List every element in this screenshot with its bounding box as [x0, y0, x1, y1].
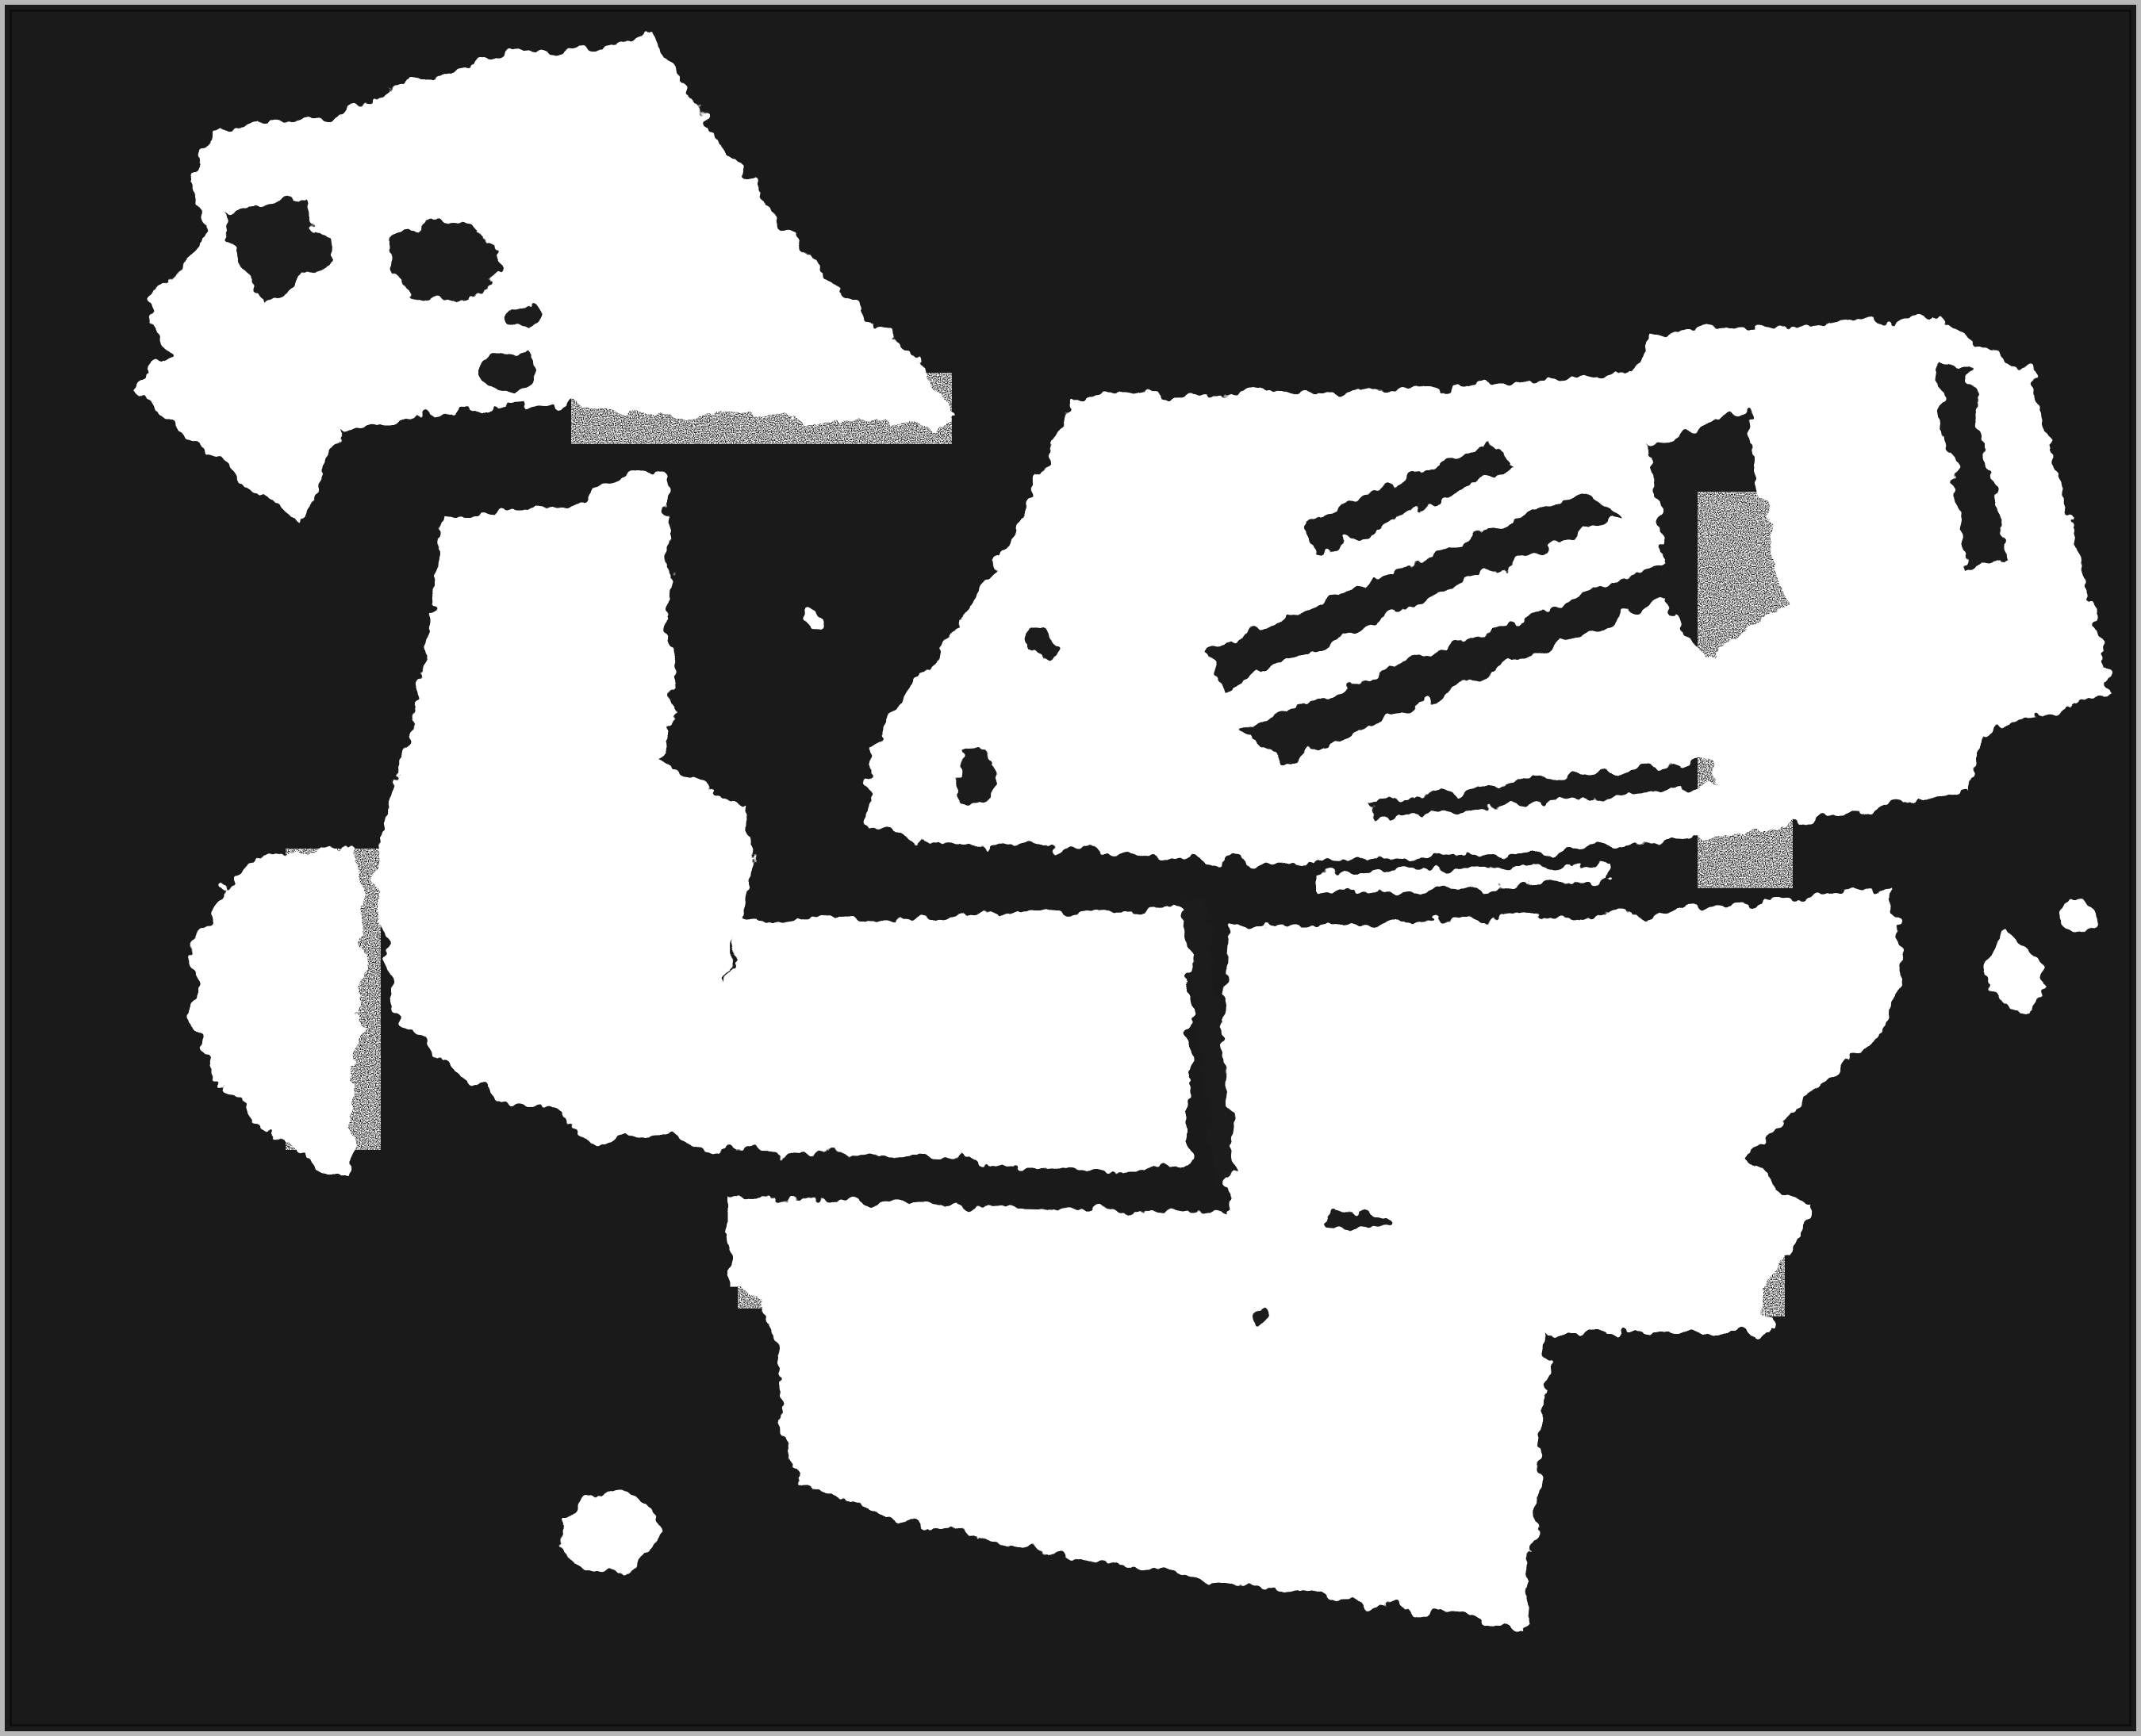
binarized-photo	[0, 0, 2141, 1736]
bottom-center-slab	[730, 1198, 1547, 1634]
upper-right-wing	[865, 317, 2110, 864]
small-disc	[563, 1491, 658, 1573]
center-horizontal-bar	[666, 904, 1190, 1174]
small-diamond	[1983, 928, 2047, 1015]
